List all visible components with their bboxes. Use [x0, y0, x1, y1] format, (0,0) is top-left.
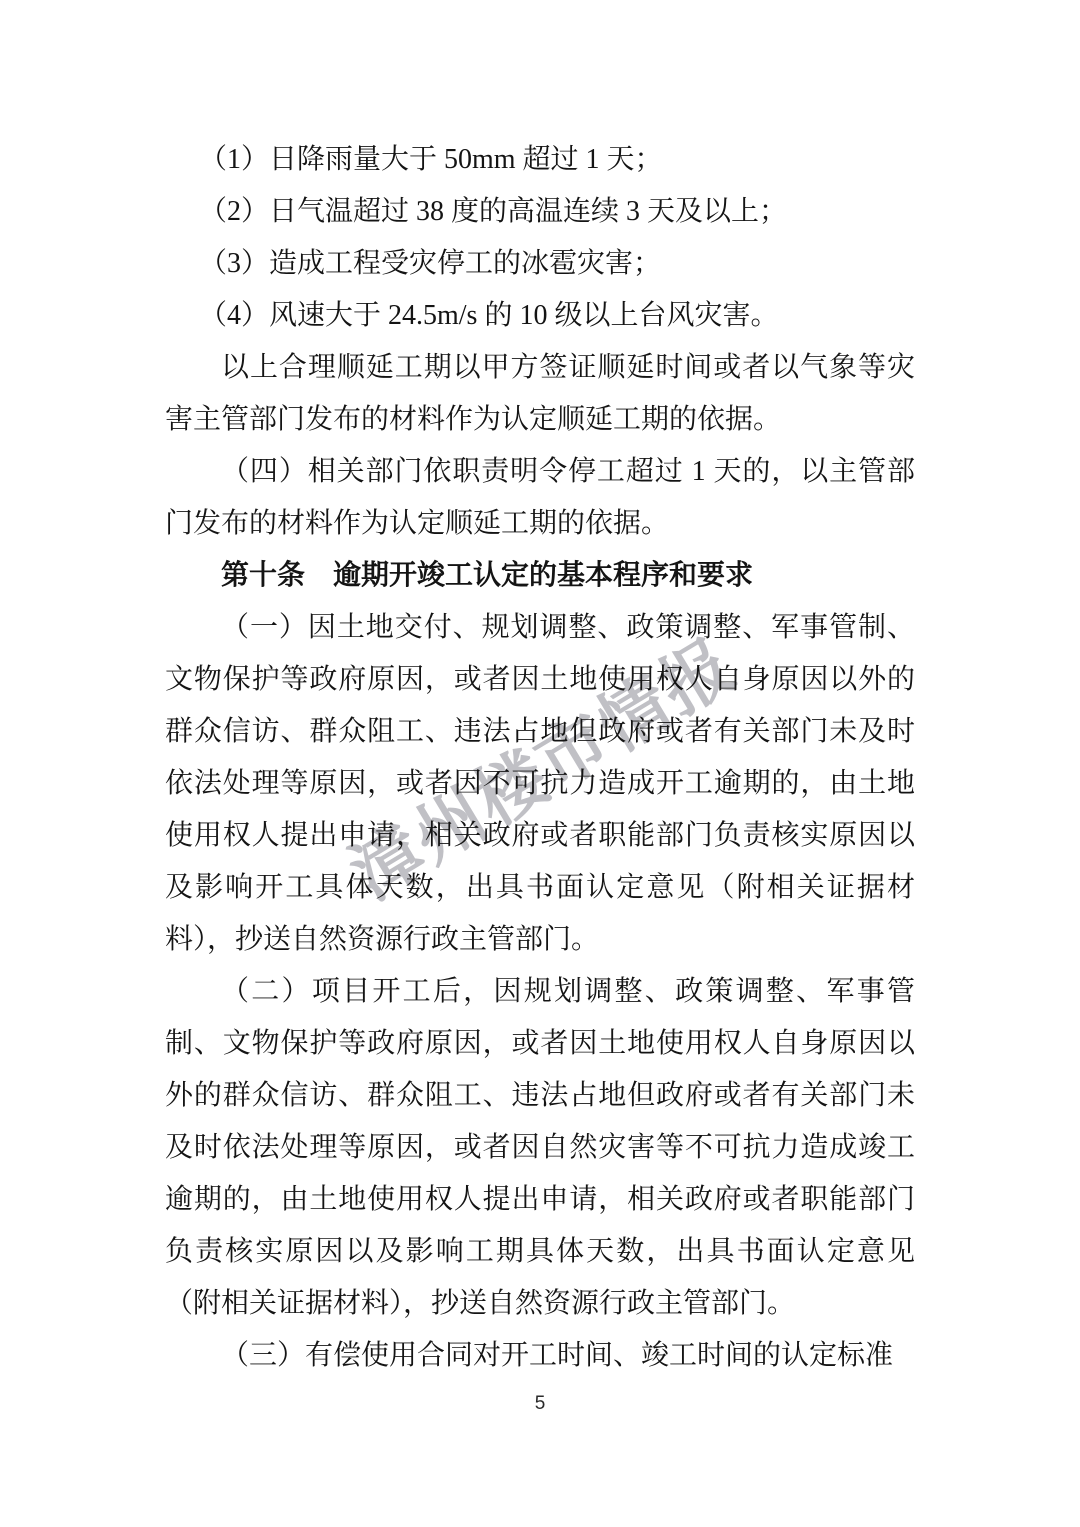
- list-item-rainfall: （1）日降雨量大于 50mm 超过 1 天；: [165, 134, 915, 186]
- paragraph-sub-three: （三）有偿使用合同对开工时间、竣工时间的认定标准: [165, 1330, 915, 1382]
- document-body: （1）日降雨量大于 50mm 超过 1 天； （2）日气温超过 38 度的高温连…: [165, 134, 915, 1382]
- heading-article-ten: 第十条 逾期开竣工认定的基本程序和要求: [165, 550, 915, 602]
- page-footer: 5: [0, 1393, 1080, 1415]
- paragraph-sub-two: （二）项目开工后，因规划调整、政策调整、军事管制、文物保护等政府原因，或者因土地…: [165, 966, 915, 1330]
- document-page: 漳州楼市情报 （1）日降雨量大于 50mm 超过 1 天； （2）日气温超过 3…: [0, 0, 1080, 1527]
- list-item-temperature: （2）日气温超过 38 度的高温连续 3 天及以上；: [165, 186, 915, 238]
- list-item-hail: （3）造成工程受灾停工的冰雹灾害；: [165, 238, 915, 290]
- paragraph-extension-basis: 以上合理顺延工期以甲方签证顺延时间或者以气象等灾害主管部门发布的材料作为认定顺延…: [165, 342, 915, 446]
- paragraph-item-four: （四）相关部门依职责明令停工超过 1 天的，以主管部门发布的材料作为认定顺延工期…: [165, 446, 915, 550]
- list-item-typhoon: （4）风速大于 24.5m/s 的 10 级以上台风灾害。: [165, 290, 915, 342]
- paragraph-sub-one: （一）因土地交付、规划调整、政策调整、军事管制、文物保护等政府原因，或者因土地使…: [165, 602, 915, 966]
- page-number: 5: [535, 1393, 546, 1414]
